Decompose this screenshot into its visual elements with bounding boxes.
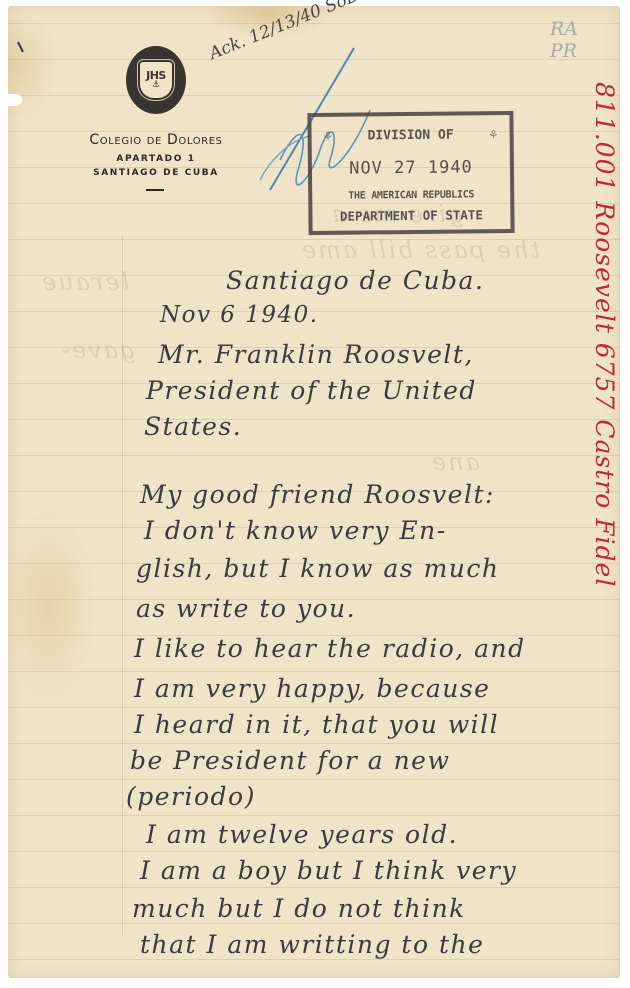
letterhead-divider xyxy=(146,189,164,191)
stamp-line-4: DEPARTMENT OF STATE xyxy=(312,207,510,224)
letter-date: Nov 6 1940. xyxy=(160,302,319,328)
body-line: I am a boy but I think very xyxy=(140,856,517,885)
salutation-line-1: Mr. Franklin Roosvelt, xyxy=(158,340,474,369)
margin-tick-mark-icon xyxy=(16,40,26,54)
stamp-date: NOV 27 1940 xyxy=(312,157,510,179)
salutation-line-2: President of the United xyxy=(146,376,477,405)
body-line: My good friend Roosvelt: xyxy=(140,480,495,509)
letter-place: Santiago de Cuba. xyxy=(226,266,484,295)
school-address-line-1: APARTADO 1 xyxy=(40,154,272,164)
body-line: (periodo) xyxy=(126,782,256,811)
body-line: glish, but I know as much xyxy=(136,554,499,583)
body-line: much but I do not think xyxy=(132,894,466,923)
school-address-line-2: SANTIAGO DE CUBA xyxy=(40,168,272,178)
body-line: I don't know very En- xyxy=(144,516,447,545)
body-line: I am twelve years old. xyxy=(146,820,458,849)
bleed-through-text: gave- xyxy=(60,336,136,364)
paper-tear xyxy=(8,94,22,106)
stamp-line-1: DIVISION OF xyxy=(312,127,510,144)
school-seal-logo: JHS ⚓ xyxy=(126,46,186,114)
school-name: Colegio de Dolores xyxy=(40,132,272,148)
salutation-line-3: States. xyxy=(144,412,242,441)
seal-shield-icon: JHS ⚓ xyxy=(140,62,172,98)
body-line: be President for a new xyxy=(130,746,450,775)
anchor-icon: ⚓ xyxy=(152,81,160,90)
stamp-line-3: THE AMERICAN REPUBLICS xyxy=(312,189,510,202)
body-line: that I am writting to the xyxy=(140,930,484,959)
received-stamp: ⚘ ⚘ DIVISION OF NOV 27 1940 THE AMERICAN… xyxy=(307,111,514,235)
body-line: I heard in it, that you will xyxy=(134,710,499,739)
bleed-through-text: the pass bill ame xyxy=(300,236,540,264)
body-line: I am very happy, because xyxy=(134,674,490,703)
body-line: as write to you. xyxy=(136,594,356,623)
bleed-through-text: leraue xyxy=(40,268,129,296)
routing-initials: RA PR xyxy=(550,18,600,62)
file-number-annotation: 811.001 Roosevelt 6757 Castro Fidel xyxy=(590,82,619,587)
body-line: I like to hear the radio, and xyxy=(134,634,526,663)
bleed-through-text: ane xyxy=(430,448,480,476)
